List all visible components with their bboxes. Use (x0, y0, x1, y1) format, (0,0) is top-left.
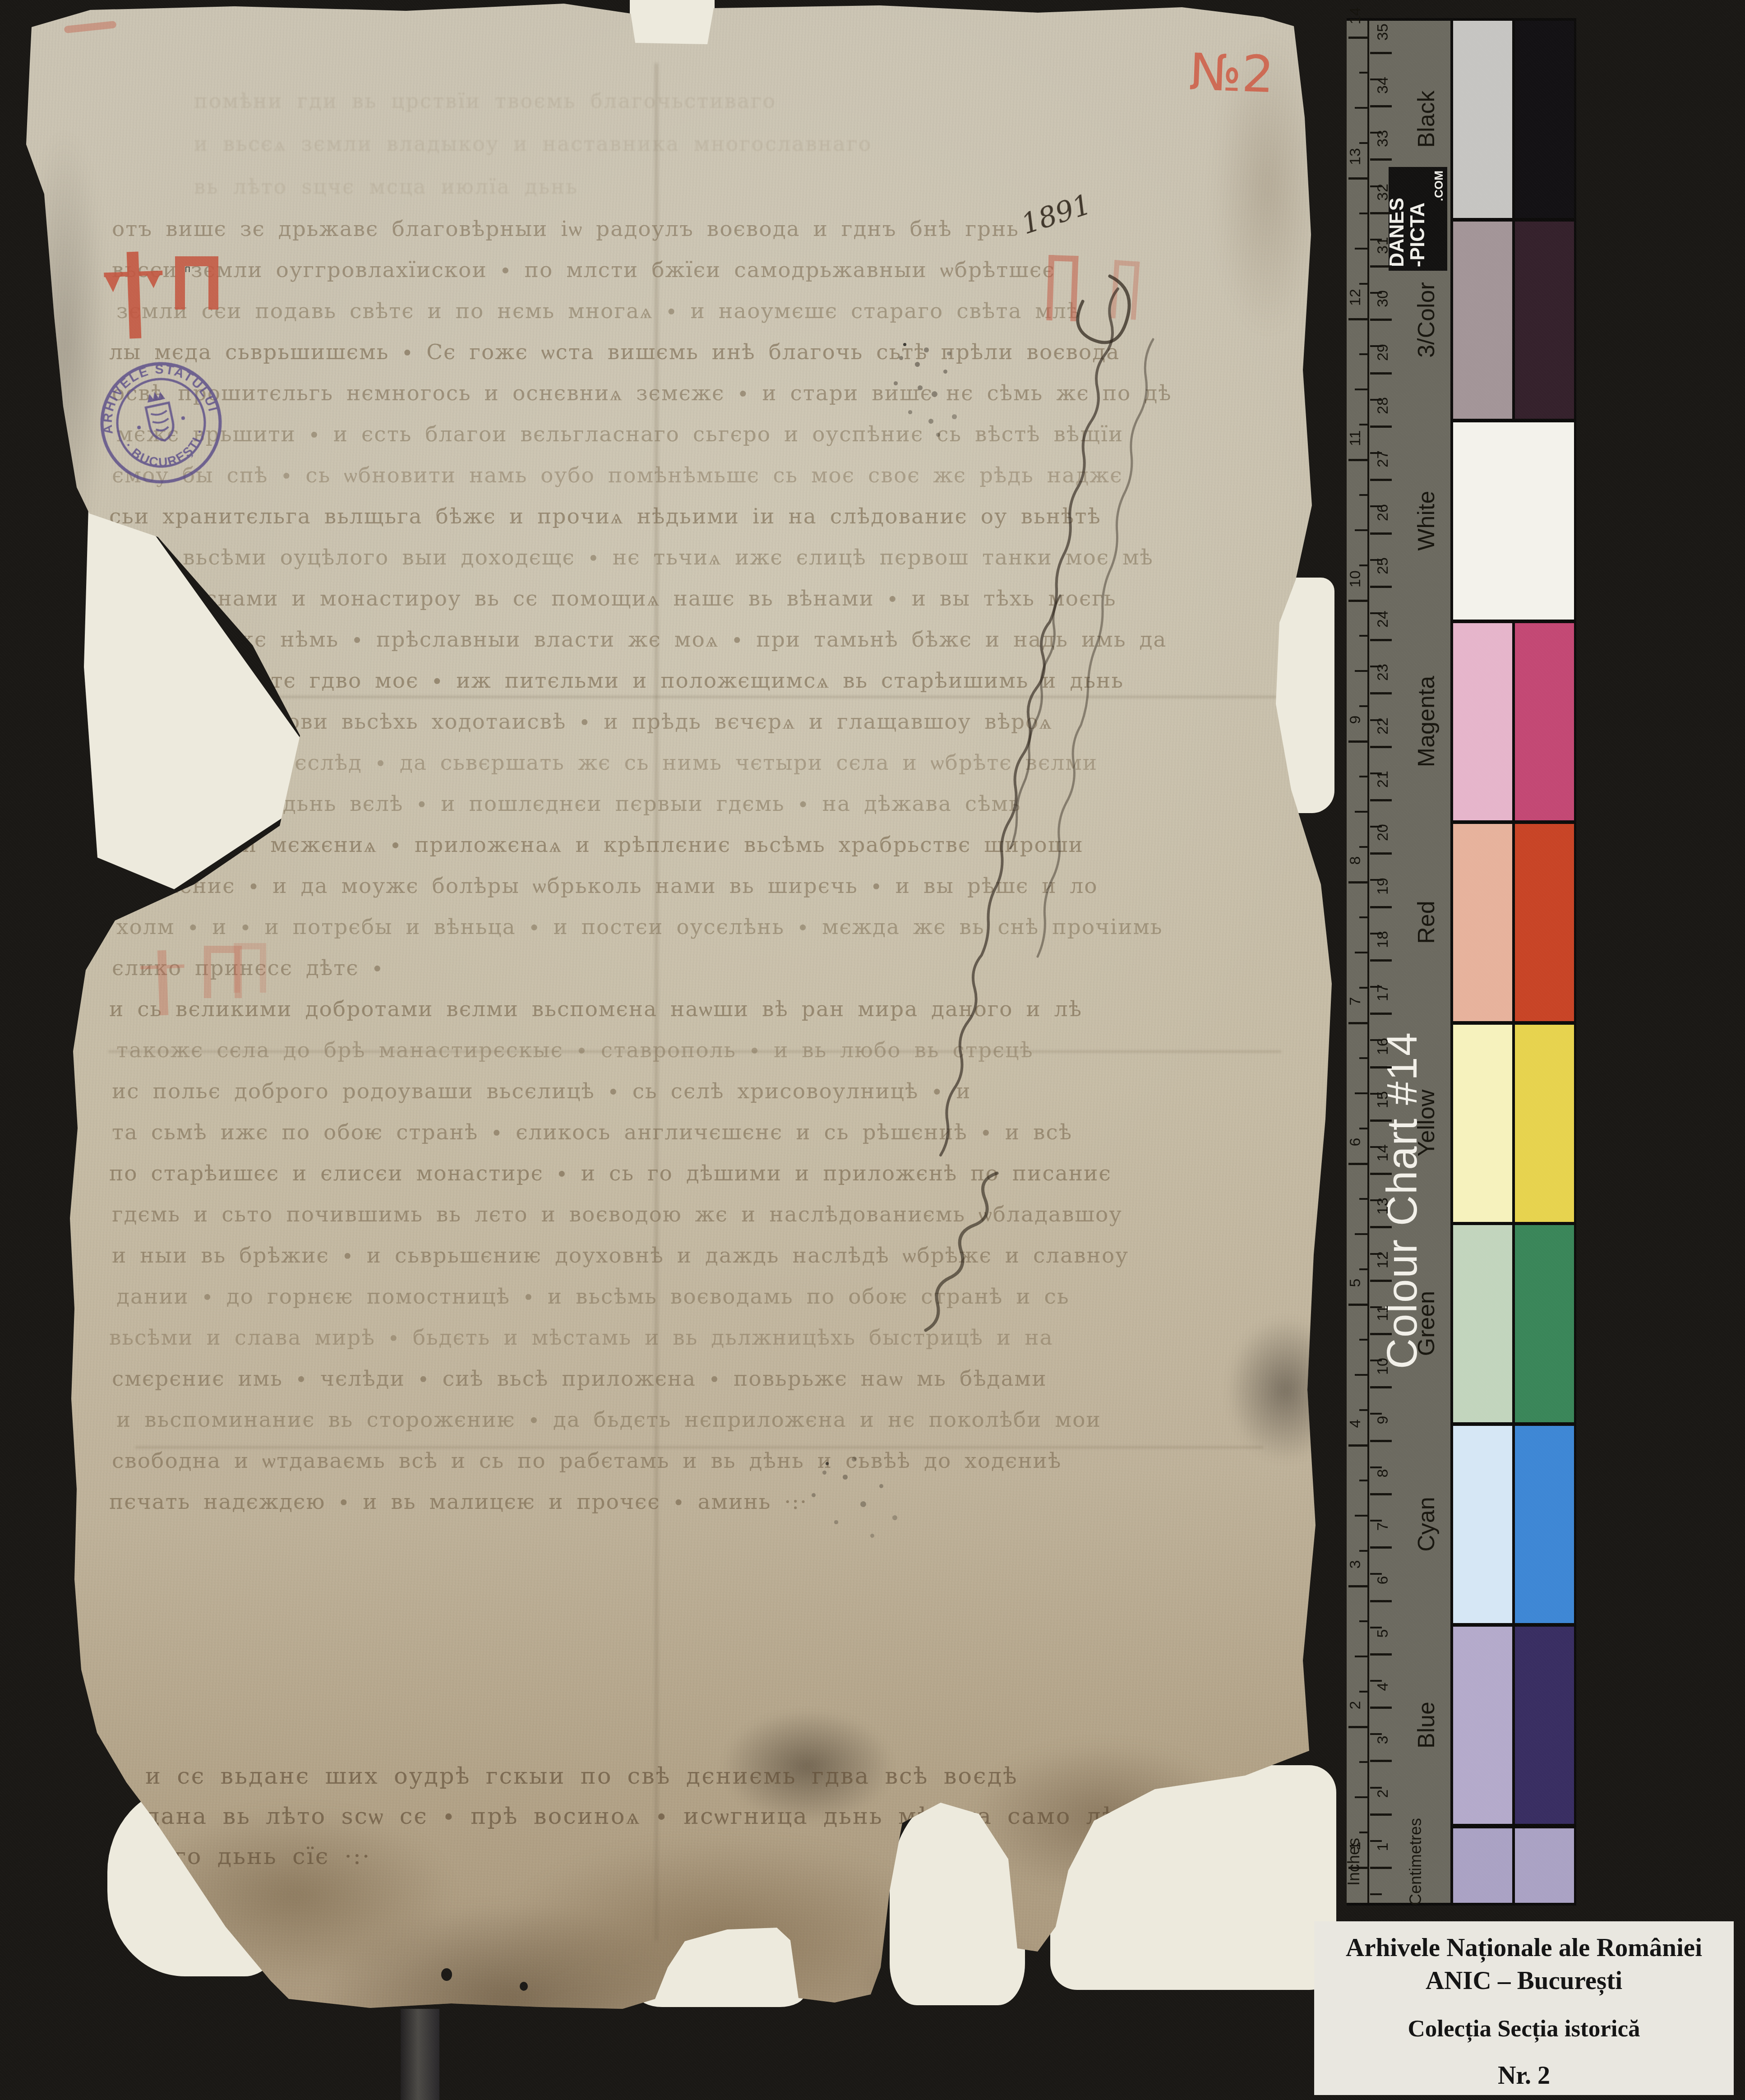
backing-sheet-fragment (630, 0, 715, 47)
cm-number: 2 (1374, 1789, 1392, 1798)
cm-tick (1370, 1466, 1382, 1468)
swatch-label-red: Red (1413, 901, 1440, 944)
swatch-label-cyan: Cyan (1413, 1497, 1440, 1552)
cm-tick (1370, 746, 1392, 748)
cm-tick (1370, 1520, 1382, 1522)
inch-tick (1355, 1515, 1368, 1517)
inch-tick (1348, 1726, 1368, 1728)
ruler-label-centimetres: Centimetres (1406, 1818, 1425, 1906)
card-line-1: Arhivele Naționale ale României (1314, 1933, 1734, 1962)
cm-tick (1370, 1173, 1392, 1175)
swatch-light-green (1453, 1225, 1512, 1422)
inch-tick (1359, 987, 1368, 989)
inch-tick (1348, 1867, 1368, 1869)
inch-tick (1348, 600, 1368, 602)
swatch-light-cyan (1453, 1426, 1512, 1623)
inch-tick (1359, 353, 1368, 355)
ink-specks (826, 1462, 829, 1465)
cm-tick (1370, 479, 1392, 481)
inch-tick (1348, 1304, 1368, 1306)
inch-tick (1355, 952, 1368, 953)
cm-tick (1370, 612, 1382, 614)
inch-tick (1359, 1268, 1368, 1270)
inch-tick (1359, 1691, 1368, 1693)
inch-number: 5 (1347, 1279, 1364, 1287)
cm-tick (1370, 212, 1392, 214)
inch-tick (1359, 1550, 1368, 1552)
swatch-white (1453, 422, 1574, 620)
cm-tick (1370, 799, 1392, 801)
inch-number: 2 (1347, 1701, 1364, 1710)
brand-name2: -PICTA (1408, 171, 1428, 267)
cm-number: 8 (1374, 1469, 1392, 1477)
card-line-3: Colecția Secția istorică (1314, 2015, 1734, 2042)
cm-number: 3 (1374, 1736, 1392, 1744)
cm-tick (1370, 692, 1392, 694)
color-chart: Inches Centimetres Colour Chart #14 DANE… (1347, 18, 1576, 1906)
cm-tick (1370, 1093, 1382, 1095)
inch-number: 11 (1347, 430, 1364, 446)
cm-tick (1370, 185, 1382, 187)
inch-tick (1359, 1339, 1368, 1341)
inch-number: 4 (1347, 1420, 1364, 1428)
inch-tick (1359, 72, 1368, 74)
inch-tick (1359, 1128, 1368, 1129)
swatch-label-magenta: Magenta (1413, 676, 1440, 767)
inch-number: 9 (1347, 716, 1364, 724)
inch-tick (1348, 459, 1368, 461)
annotation-squiggle (1011, 596, 1060, 848)
inch-number: 8 (1347, 856, 1364, 865)
cm-tick (1370, 933, 1382, 934)
cm-number: 9 (1374, 1415, 1392, 1424)
cm-tick (1370, 1306, 1382, 1308)
inch-tick (1355, 811, 1368, 813)
cm-tick (1370, 879, 1382, 881)
cm-tick (1370, 1600, 1392, 1602)
swatch-label-green: Green (1413, 1291, 1440, 1356)
cm-tick (1370, 292, 1382, 294)
cm-tick (1370, 1039, 1382, 1041)
stand-rod (401, 2009, 439, 2100)
inch-tick (1355, 1796, 1368, 1798)
inch-tick (1348, 1585, 1368, 1587)
cm-tick (1370, 319, 1392, 321)
cm-tick (1370, 1360, 1382, 1361)
cm-tick (1370, 852, 1392, 855)
cm-tick (1370, 1680, 1382, 1682)
cm-tick (1370, 1119, 1392, 1122)
cm-tick (1370, 105, 1392, 107)
inch-tick (1359, 283, 1368, 285)
cm-tick (1370, 666, 1382, 667)
inch-number: 7 (1347, 997, 1364, 1006)
annotation-squiggle (1078, 276, 1129, 342)
inch-tick (1359, 776, 1368, 777)
inch-tick (1359, 1620, 1368, 1622)
cm-tick (1370, 52, 1392, 54)
cm-tick (1370, 158, 1392, 161)
card-line-2: ANIC – București (1314, 1966, 1734, 1995)
swatch-label-black: Black (1413, 90, 1440, 148)
swatch-dark-3-color (1515, 222, 1574, 419)
cm-number: 7 (1374, 1522, 1392, 1531)
inch-tick (1359, 1832, 1368, 1833)
cm-tick (1370, 1573, 1382, 1575)
inch-tick (1359, 1198, 1368, 1200)
card-line-4: Nr. 2 (1314, 2061, 1734, 2090)
soot-dot (76, 861, 85, 871)
cm-tick (1370, 906, 1392, 908)
inch-number: 14 (1347, 7, 1364, 24)
inch-number: 10 (1347, 570, 1364, 587)
cm-tick (1370, 1146, 1382, 1148)
cm-tick (1370, 265, 1392, 268)
inch-tick (1359, 424, 1368, 426)
inch-tick (1348, 1022, 1368, 1024)
inch-number: 12 (1347, 289, 1364, 306)
cm-tick (1370, 1893, 1382, 1895)
swatch-label-3-color: 3/Color (1413, 282, 1440, 358)
cm-tick (1370, 959, 1392, 962)
cm-tick (1370, 1867, 1392, 1869)
cm-tick (1370, 1627, 1382, 1628)
inch-tick (1355, 1233, 1368, 1235)
cm-number: 6 (1374, 1576, 1392, 1584)
cm-tick (1370, 345, 1382, 347)
soot-dot (520, 1982, 528, 1991)
inch-tick (1359, 846, 1368, 848)
cm-tick (1370, 1813, 1392, 1816)
cm-tick (1370, 505, 1382, 507)
inch-tick (1355, 670, 1368, 672)
cm-tick (1370, 1333, 1392, 1335)
inch-tick (1359, 142, 1368, 144)
cm-tick (1370, 586, 1392, 588)
inch-tick (1359, 1057, 1368, 1059)
swatch-dark-blue (1515, 1627, 1574, 1824)
cm-tick (1370, 639, 1392, 641)
cm-tick (1370, 1760, 1392, 1762)
cm-tick (1370, 426, 1392, 428)
inch-tick (1359, 1480, 1368, 1481)
swatch-light-red (1453, 824, 1512, 1021)
cm-tick (1370, 1226, 1392, 1228)
cm-tick (1370, 826, 1382, 828)
swatch-label-blue: Blue (1413, 1702, 1440, 1748)
swatch-dark-magenta (1515, 623, 1574, 820)
inch-number: 3 (1347, 1560, 1364, 1569)
cm-tick (1370, 986, 1382, 988)
inch-tick (1359, 1761, 1368, 1763)
swatch-label-yellow: Yellow (1413, 1089, 1440, 1156)
inch-tick (1359, 635, 1368, 637)
cm-tick (1370, 1199, 1382, 1201)
cm-tick (1370, 1707, 1392, 1709)
inch-tick (1359, 564, 1368, 566)
inch-tick (1348, 1163, 1368, 1165)
swatch-dark-black (1515, 21, 1574, 218)
swatch-footer-right (1515, 1828, 1574, 1903)
cm-tick (1370, 532, 1392, 535)
cm-tick (1370, 1280, 1392, 1282)
inch-tick (1348, 177, 1368, 180)
inch-tick (1348, 37, 1368, 39)
brand-tld: .COM (1428, 171, 1449, 267)
inch-tick (1359, 705, 1368, 707)
swatch-dark-red (1515, 824, 1574, 1021)
swatch-light-yellow (1453, 1025, 1512, 1222)
cm-tick (1370, 1493, 1392, 1495)
inch-number: 13 (1347, 148, 1364, 165)
cm-tick (1370, 1546, 1392, 1549)
inch-tick (1355, 1374, 1368, 1376)
cm-tick (1370, 239, 1382, 241)
inch-tick (1348, 881, 1368, 883)
cm-tick (1370, 399, 1382, 401)
swatch-light-blue (1453, 1627, 1512, 1824)
swatch-dark-yellow (1515, 1025, 1574, 1222)
inch-number: 6 (1347, 1138, 1364, 1147)
cm-tick (1370, 1840, 1382, 1842)
swatch-light-3-color (1453, 222, 1512, 419)
cm-tick (1370, 1733, 1382, 1735)
inch-tick (1348, 318, 1368, 320)
annotation-squiggle (1038, 339, 1153, 957)
cm-number: 1 (1374, 1843, 1392, 1851)
cm-tick (1370, 1066, 1392, 1069)
inch-tick (1355, 1092, 1368, 1094)
swatch-footer-left (1453, 1828, 1512, 1903)
inch-tick (1359, 1409, 1368, 1411)
danes-picta-logo: DANES -PICTA .COM (1389, 167, 1447, 271)
inch-tick (1355, 107, 1368, 109)
swatch-label-white: White (1413, 490, 1440, 550)
cm-tick (1370, 372, 1392, 375)
cm-tick (1370, 1440, 1392, 1442)
cm-tick (1370, 1013, 1392, 1015)
cm-tick (1370, 79, 1382, 80)
inch-tick (1359, 916, 1368, 918)
inch-number: 1 (1347, 1842, 1364, 1850)
cm-number: 4 (1374, 1683, 1392, 1691)
ink-specks (903, 343, 906, 346)
soot-dot (441, 1968, 452, 1981)
cm-tick (1370, 772, 1382, 774)
cm-tick (1370, 1386, 1392, 1388)
cm-tick (1370, 719, 1382, 721)
cm-tick (1370, 1253, 1382, 1255)
cm-tick (1370, 1413, 1382, 1415)
inch-tick (1355, 1656, 1368, 1657)
inch-tick (1348, 740, 1368, 743)
swatch-light-black (1453, 21, 1512, 218)
swatch-light-magenta (1453, 623, 1512, 820)
cm-tick (1370, 132, 1382, 134)
page-root: помѣни гди вь црствїи твоємь благочьстив… (0, 0, 1745, 2100)
inch-tick (1355, 248, 1368, 250)
annotation-squiggle (941, 289, 1118, 1155)
cm-number: 35 (1374, 23, 1392, 41)
annotation-squiggle (926, 1173, 997, 1330)
swatch-dark-green (1515, 1225, 1574, 1422)
label-card: Arhivele Naționale ale României ANIC – B… (1314, 1921, 1734, 2095)
cm-tick (1370, 452, 1382, 454)
inch-tick (1355, 529, 1368, 531)
cm-tick (1370, 1653, 1392, 1656)
cm-tick (1370, 559, 1382, 561)
inch-tick (1355, 389, 1368, 390)
inch-tick (1359, 213, 1368, 214)
swatch-dark-cyan (1515, 1426, 1574, 1623)
cm-number: 5 (1374, 1629, 1392, 1637)
inch-tick (1348, 1444, 1368, 1447)
cm-tick (1370, 1787, 1382, 1789)
inch-tick (1359, 494, 1368, 496)
